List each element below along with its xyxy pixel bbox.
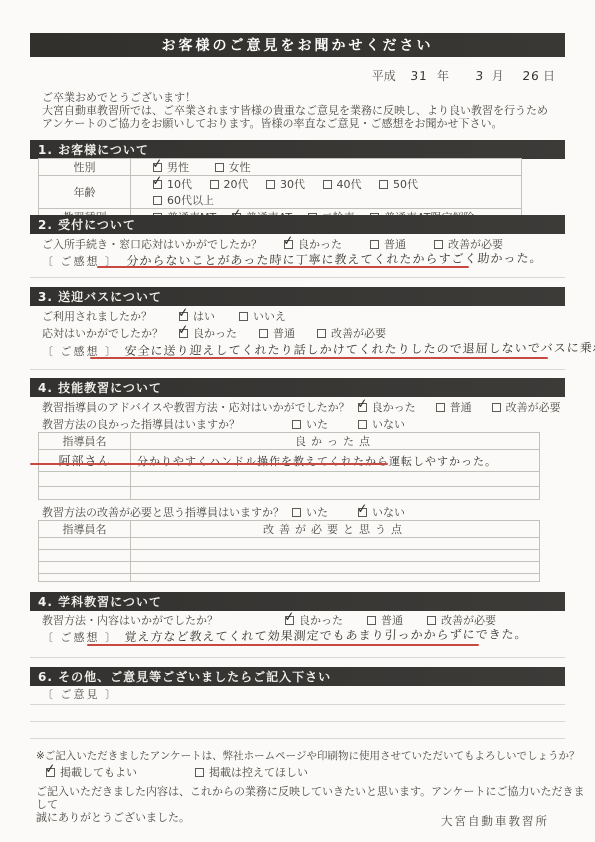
section-lecture-heading: 4. 学科教習について [30, 592, 565, 611]
checkbox-good-instructor-no[interactable]: いない [358, 416, 405, 432]
table-row: 性別 男性 女性 [39, 159, 522, 176]
date-month-suffix: 月 [492, 67, 504, 84]
bus-comment-handwriting[interactable]: 安全に送り迎えしてくれたり話しかけてくれたりしたので退屈しないでバスに乗れた。 [124, 338, 595, 359]
checkbox-label: 普通 [273, 325, 295, 341]
skill-good-question: 教習方法の良かった指導員はいますか？ [42, 416, 292, 432]
checkbox-icon [266, 180, 275, 189]
table-row [39, 574, 540, 582]
red-underline [87, 644, 479, 646]
checkbox-label: 良かった [193, 325, 237, 341]
writing-line[interactable] [30, 369, 565, 370]
lecture-question: 教習方法・内容はいかがでしたか？ [42, 612, 285, 628]
checkbox-icon [285, 616, 294, 625]
checkbox-publish-refrain[interactable]: 掲載は控えてほしい [195, 764, 308, 780]
checkbox-publish-ok[interactable]: 掲載してもよい [46, 764, 137, 780]
checkbox-age-30s[interactable]: 30代 [266, 176, 305, 192]
checkbox-label: 40代 [337, 176, 362, 192]
checkbox-icon [153, 180, 162, 189]
table-row: 阿部さん 分かりやすくハンドル操作を教えてくれたから運転しやすかった。 [39, 450, 540, 472]
red-underline [90, 357, 548, 359]
date-day-value[interactable]: 26 [522, 68, 540, 82]
page-title: お客様のご意見をお聞かせください [30, 33, 565, 57]
checkbox-icon [358, 420, 367, 429]
instructor-name-header: 指導員名 [39, 521, 131, 538]
checkbox-bus-improve[interactable]: 改善が必要 [317, 325, 386, 341]
checkbox-age-40s[interactable]: 40代 [323, 176, 362, 192]
lecture-comment-row: 〔 ご感想 〕 覚え方など教えてくれて効果測定でもあまり引っかからずにできた。 [42, 628, 527, 645]
checkbox-label: いない [372, 504, 405, 520]
table-row: 年齢 10代 20代 30代 40代 50代 60代以上 [39, 176, 522, 209]
table-row [39, 562, 540, 574]
writing-line[interactable] [30, 721, 565, 722]
closing-line-1: ご記入いただきました内容は、これからの業務に反映していきたいと思います。アンケー… [36, 785, 595, 811]
date-year-suffix: 年 [437, 67, 449, 84]
writing-line[interactable] [30, 277, 565, 278]
checkbox-age-10s[interactable]: 10代 [153, 176, 192, 192]
checkbox-icon [210, 180, 219, 189]
checkbox-icon [46, 768, 55, 777]
checkbox-icon [153, 196, 162, 205]
checkbox-label: 改善が必要 [331, 325, 386, 341]
checkbox-label: 女性 [229, 159, 251, 175]
checkbox-improve-instructor-yes[interactable]: いた [292, 504, 328, 520]
checkbox-icon [239, 312, 248, 321]
lecture-comment-handwriting[interactable]: 覚え方など教えてくれて効果測定でもあまり引っかからずにできた。 [124, 625, 528, 645]
checkbox-label: 掲載は控えてほしい [209, 764, 308, 780]
writing-line[interactable] [30, 657, 565, 658]
checkbox-improve-instructor-no[interactable]: いない [358, 504, 405, 520]
table-row [39, 550, 540, 562]
checkbox-icon [153, 163, 162, 172]
date-year-value[interactable]: 31 [410, 68, 428, 82]
comment-label: 〔 ご感想 〕 [42, 629, 118, 645]
checkbox-icon [292, 508, 301, 517]
checkbox-label: いた [306, 416, 328, 432]
good-instructor-table: 指導員名 良かった点 阿部さん 分かりやすくハンドル操作を教えてくれたから運転し… [38, 432, 540, 500]
checkbox-label: 20代 [224, 176, 249, 192]
checkbox-icon [358, 403, 367, 412]
date-day-suffix: 日 [543, 67, 555, 84]
red-underline [30, 463, 388, 465]
date-era-label: 平成 [372, 67, 396, 84]
intro-line-2: 大宮自動車教習所では、ご卒業されます皆様の貴重なご意見を業務に反映し、より良い教… [42, 104, 548, 117]
checkbox-icon [427, 616, 436, 625]
date-month-value[interactable]: 3 [475, 68, 485, 82]
section-skill-heading: 4. 技能教習について [30, 378, 565, 397]
section-reception-heading: 2. 受付について [30, 215, 565, 234]
checkbox-icon [434, 240, 443, 249]
checkbox-label: 30代 [280, 176, 305, 192]
table-row [39, 487, 540, 500]
checkbox-label: 掲載してもよい [60, 764, 137, 780]
checkbox-skill-normal[interactable]: 普通 [436, 399, 472, 415]
checkbox-label: 60代以上 [167, 192, 214, 208]
checkbox-good-instructor-yes[interactable]: いた [292, 416, 328, 432]
skill-advice-question: 教習指導員のアドバイスや教習方法・応対はいかがでしたか？ [42, 399, 350, 415]
gender-label: 性別 [39, 159, 131, 176]
intro-line-3: アンケートのご協力をお願いしております。皆様の率直なご意見・ご感想をお聞かせ下さ… [42, 117, 548, 130]
checkbox-icon [195, 768, 204, 777]
table-row [39, 538, 540, 550]
checkbox-age-20s[interactable]: 20代 [210, 176, 249, 192]
table-header-row: 指導員名 改善が必要と思う点 [39, 521, 540, 538]
bus-usage-question: ご利用されましたか？ [42, 308, 179, 324]
good-point-handwriting[interactable]: 分かりやすくハンドル操作を教えてくれたから運転しやすかった。 [137, 455, 497, 468]
checkbox-icon [292, 420, 301, 429]
reception-question: ご入所手続き・窓口応対はいかがでしたか？ [42, 236, 262, 252]
checkbox-bus-no[interactable]: いいえ [239, 308, 286, 324]
checkbox-label: いた [306, 504, 328, 520]
checkbox-icon [317, 329, 326, 338]
checkbox-skill-good[interactable]: 良かった [358, 399, 416, 415]
bus-response-row: 応対はいかがでしたか？ 良かった 普通 改善が必要 [42, 325, 386, 341]
checkbox-age-60plus[interactable]: 60代以上 [153, 192, 214, 208]
checkbox-icon [379, 180, 388, 189]
checkbox-label: いいえ [253, 308, 286, 324]
checkbox-label: 10代 [167, 176, 192, 192]
checkbox-skill-improve[interactable]: 改善が必要 [492, 399, 561, 415]
school-signature: 大宮自動車教習所 [441, 815, 549, 828]
improve-instructor-table: 指導員名 改善が必要と思う点 [38, 520, 540, 582]
instructor-name-handwriting[interactable]: 阿部さん [58, 454, 110, 468]
writing-line[interactable] [30, 738, 565, 739]
checkbox-icon [436, 403, 445, 412]
bus-response-question: 応対はいかがでしたか？ [42, 325, 179, 341]
checkbox-icon [215, 163, 224, 172]
checkbox-bus-yes[interactable]: はい [179, 308, 215, 324]
checkbox-icon [370, 240, 379, 249]
writing-line[interactable] [30, 704, 565, 705]
comment-label: 〔 ご意見 〕 [42, 686, 118, 702]
intro-text: ご卒業おめでとうございます！ 大宮自動車教習所では、ご卒業されます皆様の貴重なご… [42, 91, 548, 130]
checkbox-label: はい [193, 308, 215, 324]
improve-point-header: 改善が必要と思う点 [131, 521, 540, 538]
instructor-name-header: 指導員名 [39, 433, 131, 450]
checkbox-bus-good[interactable]: 良かった [179, 325, 237, 341]
section-bus-heading: 3. 送迎バスについて [30, 287, 565, 306]
checkbox-icon [259, 329, 268, 338]
table-header-row: 指導員名 良かった点 [39, 433, 540, 450]
checkbox-label: 良かった [372, 399, 416, 415]
publish-options-row: 掲載してもよい 掲載は控えてほしい [46, 764, 308, 780]
checkbox-icon [179, 329, 188, 338]
section-customer-heading: 1. お客様について [30, 140, 565, 159]
checkbox-label: 改善が必要 [506, 399, 561, 415]
intro-line-1: ご卒業おめでとうございます！ [42, 91, 548, 104]
table-row [39, 472, 540, 487]
questionnaire-page: お客様のご意見をお聞かせください 平成 31 年 3 月 26 日 ご卒業おめで… [0, 0, 595, 842]
bus-usage-row: ご利用されましたか？ はい いいえ [42, 308, 286, 324]
checkbox-label: 50代 [393, 176, 418, 192]
age-label: 年齢 [39, 176, 131, 209]
checkbox-icon [284, 240, 293, 249]
checkbox-icon [323, 180, 332, 189]
publish-question: ※ご記入いただきましたアンケートは、弊社ホームページや印刷物に使用させていただい… [36, 750, 579, 763]
checkbox-icon [179, 312, 188, 321]
checkbox-male[interactable]: 男性 [153, 159, 189, 175]
other-comment-row: 〔 ご意見 〕 [42, 686, 118, 702]
skill-improve-row: 教習方法の改善が必要と思う指導員はいますか？ いた いない [42, 504, 405, 520]
skill-improve-question: 教習方法の改善が必要と思う指導員はいますか？ [42, 504, 292, 520]
checkbox-age-50s[interactable]: 50代 [379, 176, 418, 192]
checkbox-female[interactable]: 女性 [215, 159, 251, 175]
checkbox-label: 普通 [450, 399, 472, 415]
checkbox-label: いない [372, 416, 405, 432]
date-line: 平成 31 年 3 月 26 日 [372, 67, 555, 84]
section-other-heading: 6. その他、ご意見等ございましたらご記入下さい [30, 667, 565, 686]
checkbox-label: 男性 [167, 159, 189, 175]
skill-good-row: 教習方法の良かった指導員はいますか？ いた いない [42, 416, 405, 432]
checkbox-icon [492, 403, 501, 412]
skill-advice-row: 教習指導員のアドバイスや教習方法・応対はいかがでしたか？ 良かった 普通 改善が… [42, 399, 561, 415]
checkbox-icon [358, 508, 367, 517]
checkbox-icon [367, 616, 376, 625]
checkbox-bus-normal[interactable]: 普通 [259, 325, 295, 341]
red-underline [97, 266, 469, 268]
good-point-header: 良かった点 [131, 433, 540, 450]
